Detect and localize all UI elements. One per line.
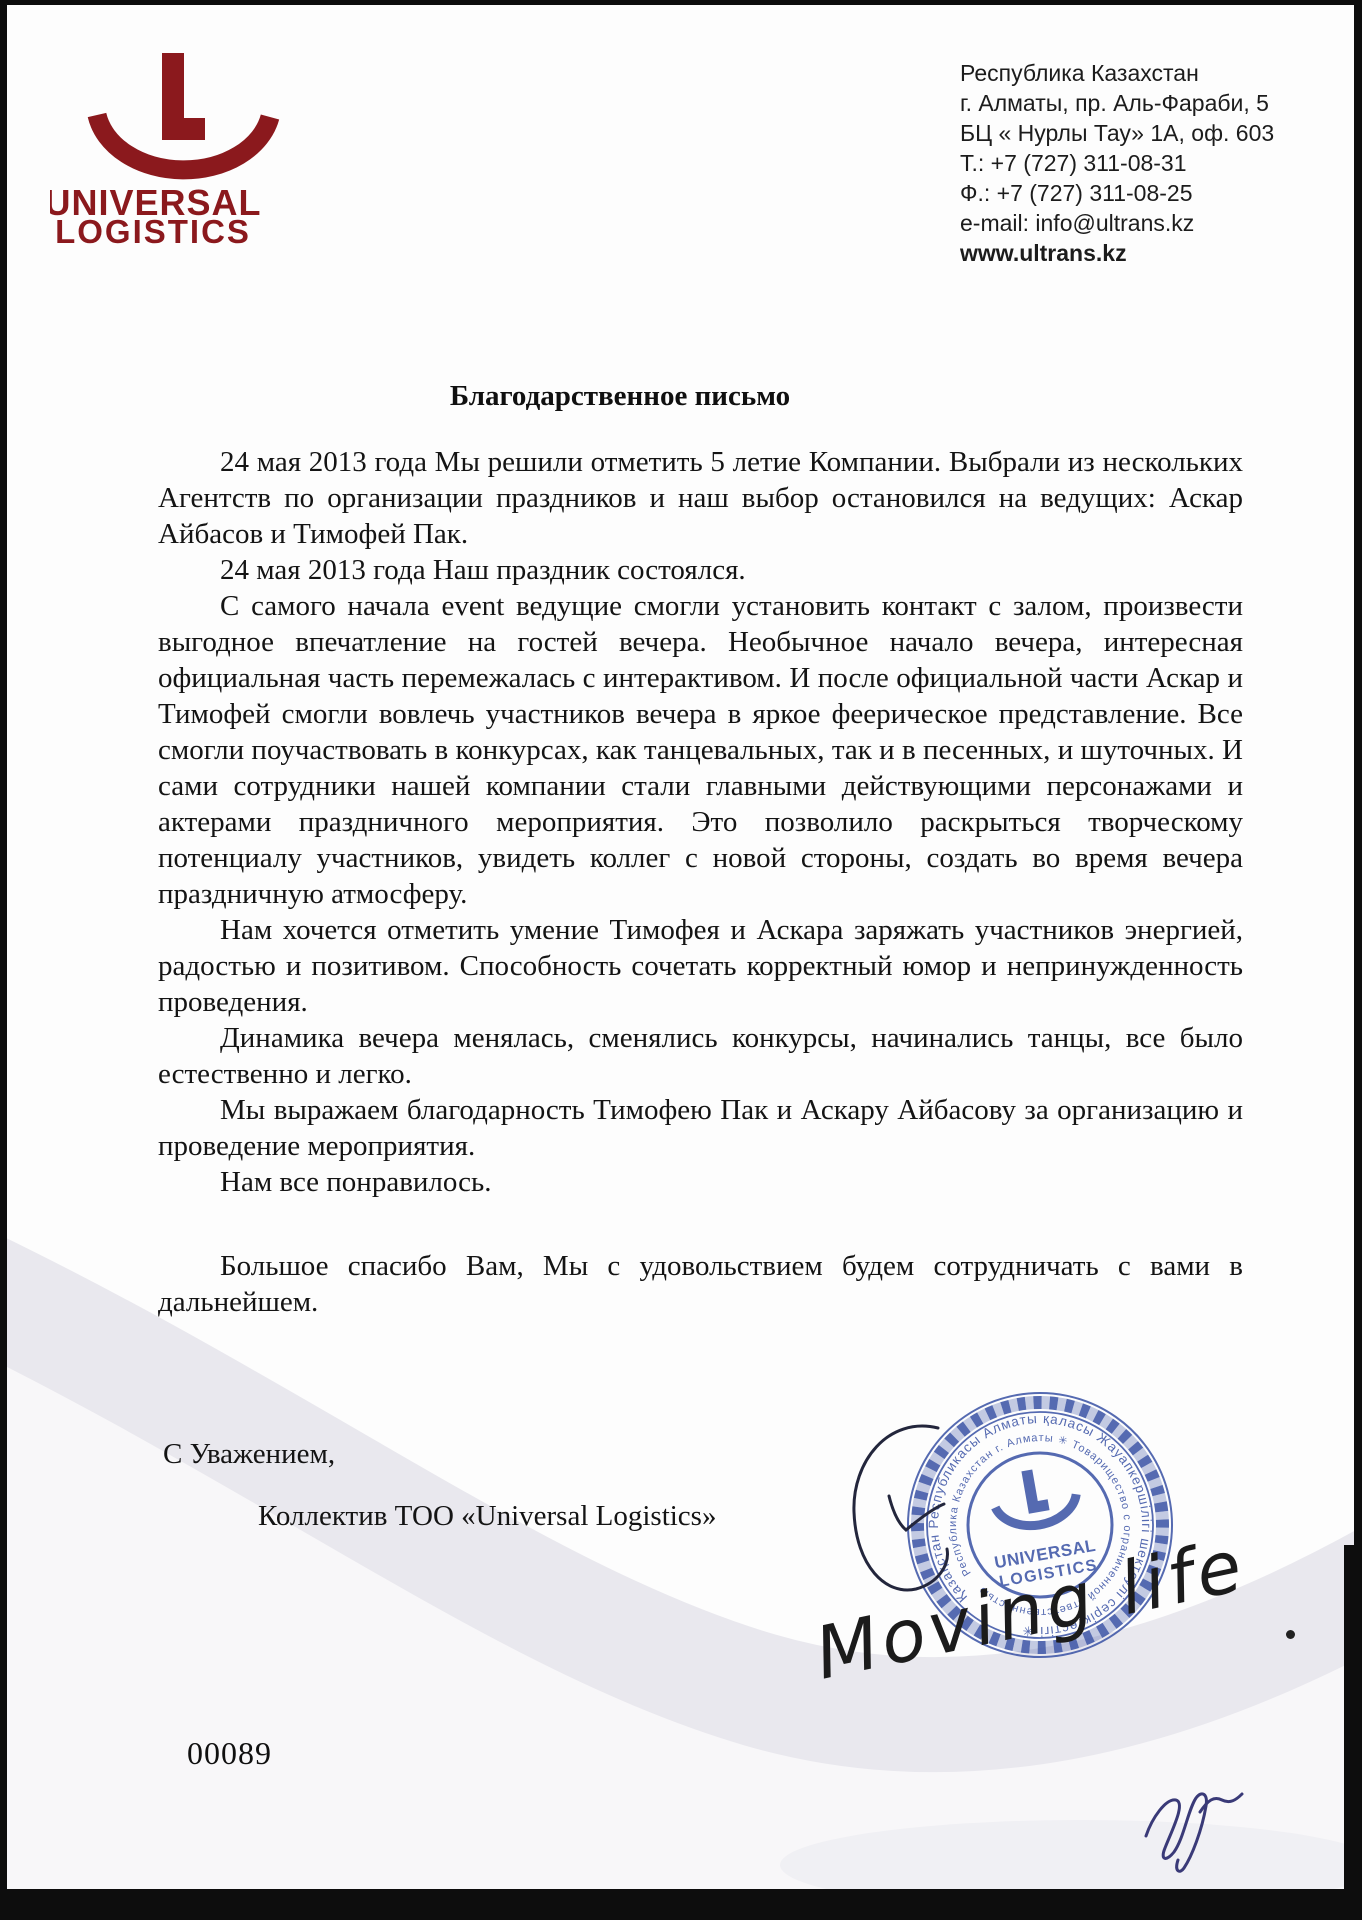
universal-logistics-logo: UNIVERSAL LOGISTICS [50,30,305,245]
letter-title: Благодарственное письмо [160,380,1080,413]
scan-edge-right-wide [1344,1545,1362,1920]
scan-edge-bottom [0,1889,1362,1920]
contact-fax: Ф.: +7 (727) 311-08-25 [960,178,1350,208]
paragraph: С самого начала event ведущие смогли уст… [158,588,1243,912]
signature-scribble [1146,1794,1242,1871]
contact-email: e-mail: info@ultrans.kz [960,208,1350,238]
paragraph: Большое спасибо Вам, Мы с удовольствием … [158,1248,1243,1320]
contact-website: www.ultrans.kz [960,238,1350,268]
letterhead-contact-block: Республика Казахстан г. Алматы, пр. Аль-… [960,58,1350,268]
contact-address-1: г. Алматы, пр. Аль-Фараби, 5 [960,88,1350,118]
stamp-l-smile-icon [990,1463,1080,1532]
document-number: 00089 [187,1735,272,1772]
paragraph: Нам все понравилось. [158,1164,1243,1200]
closing-signature-line: Коллектив ТОО «Universal Logistics» [258,1500,716,1533]
scan-edge-top [0,0,1362,5]
l-smile-icon [97,53,270,170]
letter-body: 24 мая 2013 года Мы решили отметить 5 ле… [158,444,1243,1320]
slogan-pen-dot [1286,1630,1295,1639]
contact-address-2: БЦ « Нурлы Тау» 1А, оф. 603 [960,118,1350,148]
contact-phone: Т.: +7 (727) 311-08-31 [960,148,1350,178]
paragraph: Нам хочется отметить умение Тимофея и Ас… [158,912,1243,1020]
logo-word-2: LOGISTICS [55,213,251,245]
scan-edge-left [0,0,7,1920]
paragraph: 24 мая 2013 года Наш праздник состоялся. [158,552,1243,588]
contact-country: Республика Казахстан [960,58,1350,88]
scanned-letter-page: UNIVERSAL LOGISTICS Республика Казахстан… [0,0,1362,1920]
closing-salutation: С Уважением, [163,1438,335,1471]
paragraph: Мы выражаем благодарность Тимофею Пак и … [158,1092,1243,1164]
paragraph: 24 мая 2013 года Мы решили отметить 5 ле… [158,444,1243,552]
paragraph: Динамика вечера менялась, сменялись конк… [158,1020,1243,1092]
